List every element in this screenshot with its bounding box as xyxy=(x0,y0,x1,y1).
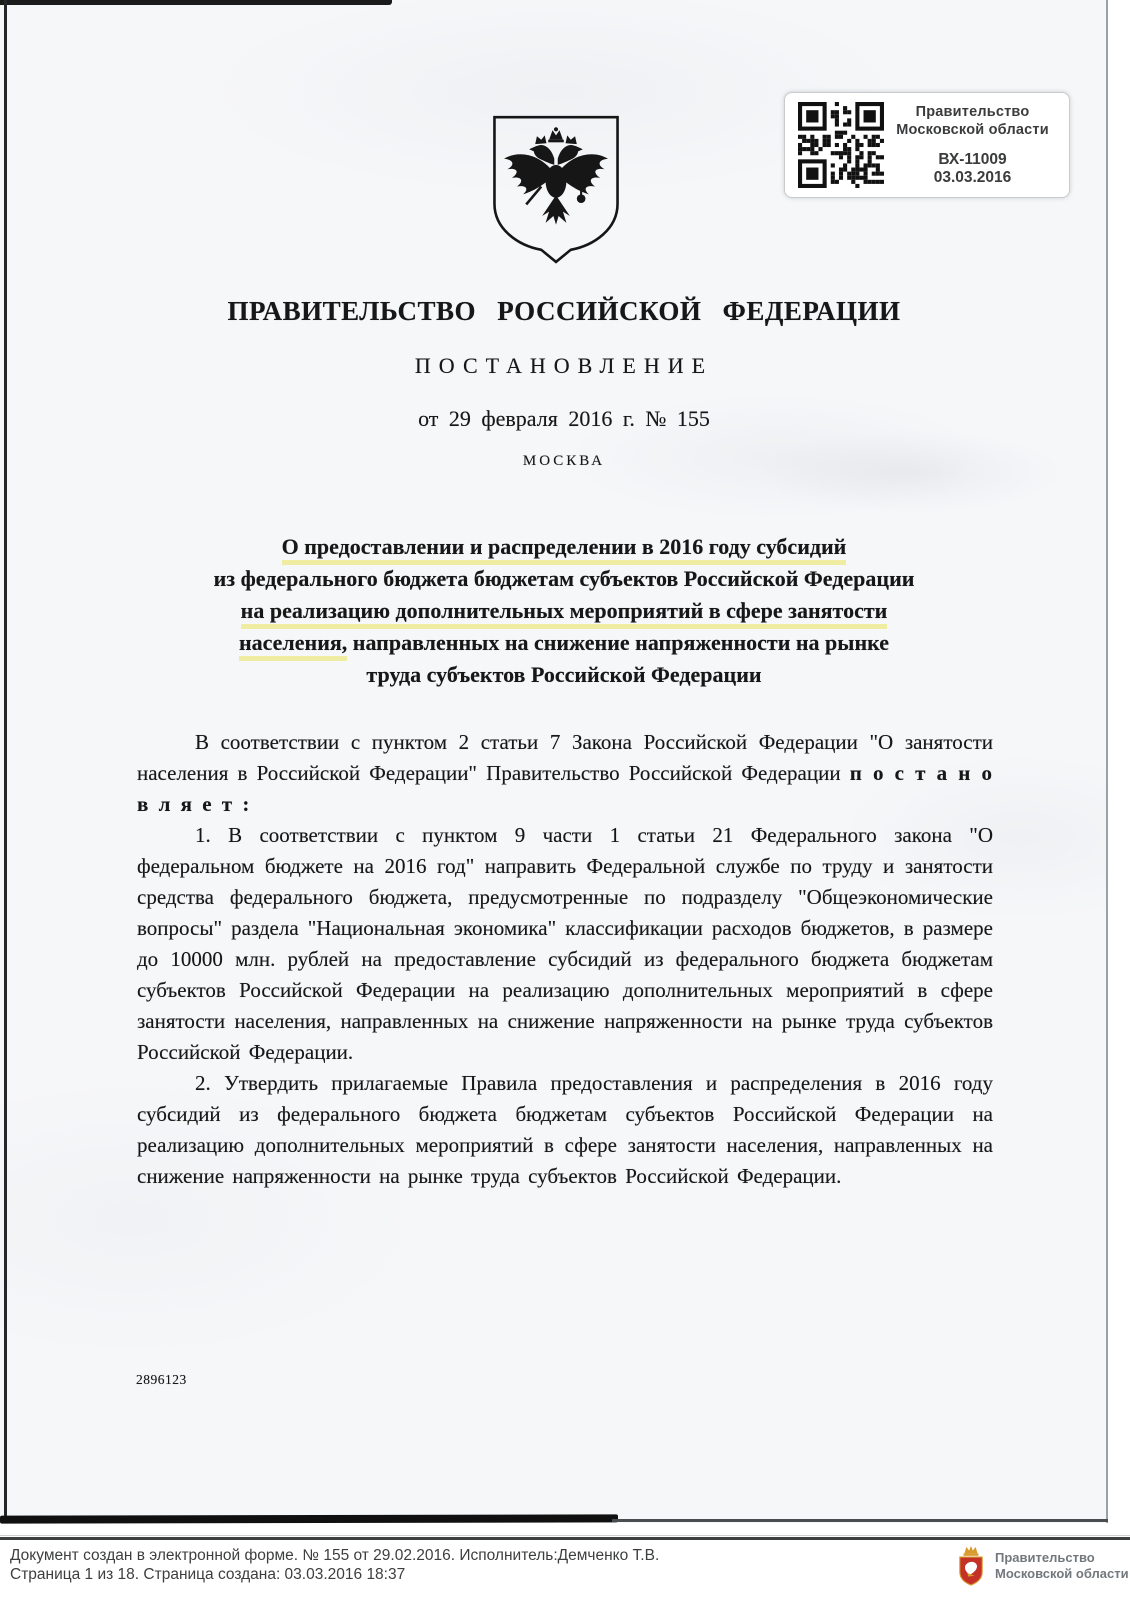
registration-stamp: Правительство Московской области ВХ-1100… xyxy=(784,92,1070,198)
issuing-authority-title: ПРАВИТЕЛЬСТВО РОССИЙСКОЙ ФЕДЕРАЦИИ xyxy=(104,296,1024,327)
subject-line: населения, направленных на снижение напр… xyxy=(104,627,1024,659)
subject-text: труда субъектов Российской Федерации xyxy=(366,662,761,687)
scan-edge-artifact-bottom-thin xyxy=(612,1519,1108,1522)
footer-meta-line1: Документ создан в электронной форме. № 1… xyxy=(10,1547,659,1566)
subject-text-underlined: О предоставлении и распределении в 2016 … xyxy=(282,534,847,565)
stamp-incoming-number: ВХ-11009 xyxy=(884,151,1061,169)
subject-text: из федерального бюджета бюджетам субъект… xyxy=(214,566,915,591)
subject-line: О предоставлении и распределении в 2016 … xyxy=(104,531,1024,563)
document-body: В соответствии с пунктом 2 статьи 7 Зако… xyxy=(137,727,993,1192)
stamp-text: Правительство Московской области ВХ-1100… xyxy=(884,103,1069,187)
efile-footer-meta: Документ создан в электронной форме. № 1… xyxy=(10,1547,659,1584)
double-headed-eagle-icon xyxy=(486,112,626,268)
scan-edge-artifact-left xyxy=(4,0,7,1523)
registration-code: 2896123 xyxy=(136,1372,187,1388)
document-type: ПОСТАНОВЛЕНИЕ xyxy=(104,353,1024,379)
body-text: 1. В соответствии с пунктом 9 части 1 ст… xyxy=(137,823,993,1064)
scanned-document-screenshot: Правительство Московской области ВХ-1100… xyxy=(0,0,1130,1600)
qr-code-icon xyxy=(798,102,884,188)
scan-edge-artifact-top xyxy=(0,0,392,5)
scan-edge-artifact-right xyxy=(1106,0,1108,1523)
scan-edge-artifact-bottom xyxy=(0,1514,618,1523)
subject-text-underlined: на реализацию дополнительных мероприятий… xyxy=(241,598,888,629)
subject-text: направленных на снижение напряженности н… xyxy=(347,630,889,655)
stamp-date: 03.03.2016 xyxy=(884,169,1061,187)
stamp-org-line1: Правительство xyxy=(884,103,1061,121)
moscow-oblast-crest-icon xyxy=(956,1545,986,1586)
stamp-org-line2: Московской области xyxy=(884,121,1061,139)
logo-text-line2: Московской области xyxy=(995,1566,1129,1582)
logo-text-line1: Правительство xyxy=(995,1550,1129,1566)
subject-text-underlined: населения, xyxy=(239,630,347,661)
body-text: 2. Утвердить прилагаемые Правила предост… xyxy=(137,1071,993,1188)
subject-line: на реализацию дополнительных мероприятий… xyxy=(104,595,1024,627)
subject-line: из федерального бюджета бюджетам субъект… xyxy=(104,563,1024,595)
footer-meta-line2: Страница 1 из 18. Страница создана: 03.0… xyxy=(10,1566,659,1585)
document-date-number: от 29 февраля 2016 г. № 155 xyxy=(104,406,1024,432)
subject-line: труда субъектов Российской Федерации xyxy=(104,659,1024,691)
body-paragraph: 2. Утвердить прилагаемые Правила предост… xyxy=(137,1068,993,1192)
document-scan-area: Правительство Московской области ВХ-1100… xyxy=(0,0,1108,1523)
body-paragraph: 1. В соответствии с пунктом 9 части 1 ст… xyxy=(137,820,993,1068)
russia-coat-of-arms xyxy=(486,112,626,268)
logo-text: Правительство Московской области xyxy=(995,1550,1129,1582)
document-subject: О предоставлении и распределении в 2016 … xyxy=(104,531,1024,691)
footer-divider xyxy=(0,1537,1130,1540)
moscow-oblast-logo: Правительство Московской области xyxy=(956,1545,1129,1586)
footer-divider-light xyxy=(0,1535,1130,1536)
document-city: МОСКВА xyxy=(104,453,1024,470)
body-paragraph: В соответствии с пунктом 2 статьи 7 Зако… xyxy=(137,727,993,820)
